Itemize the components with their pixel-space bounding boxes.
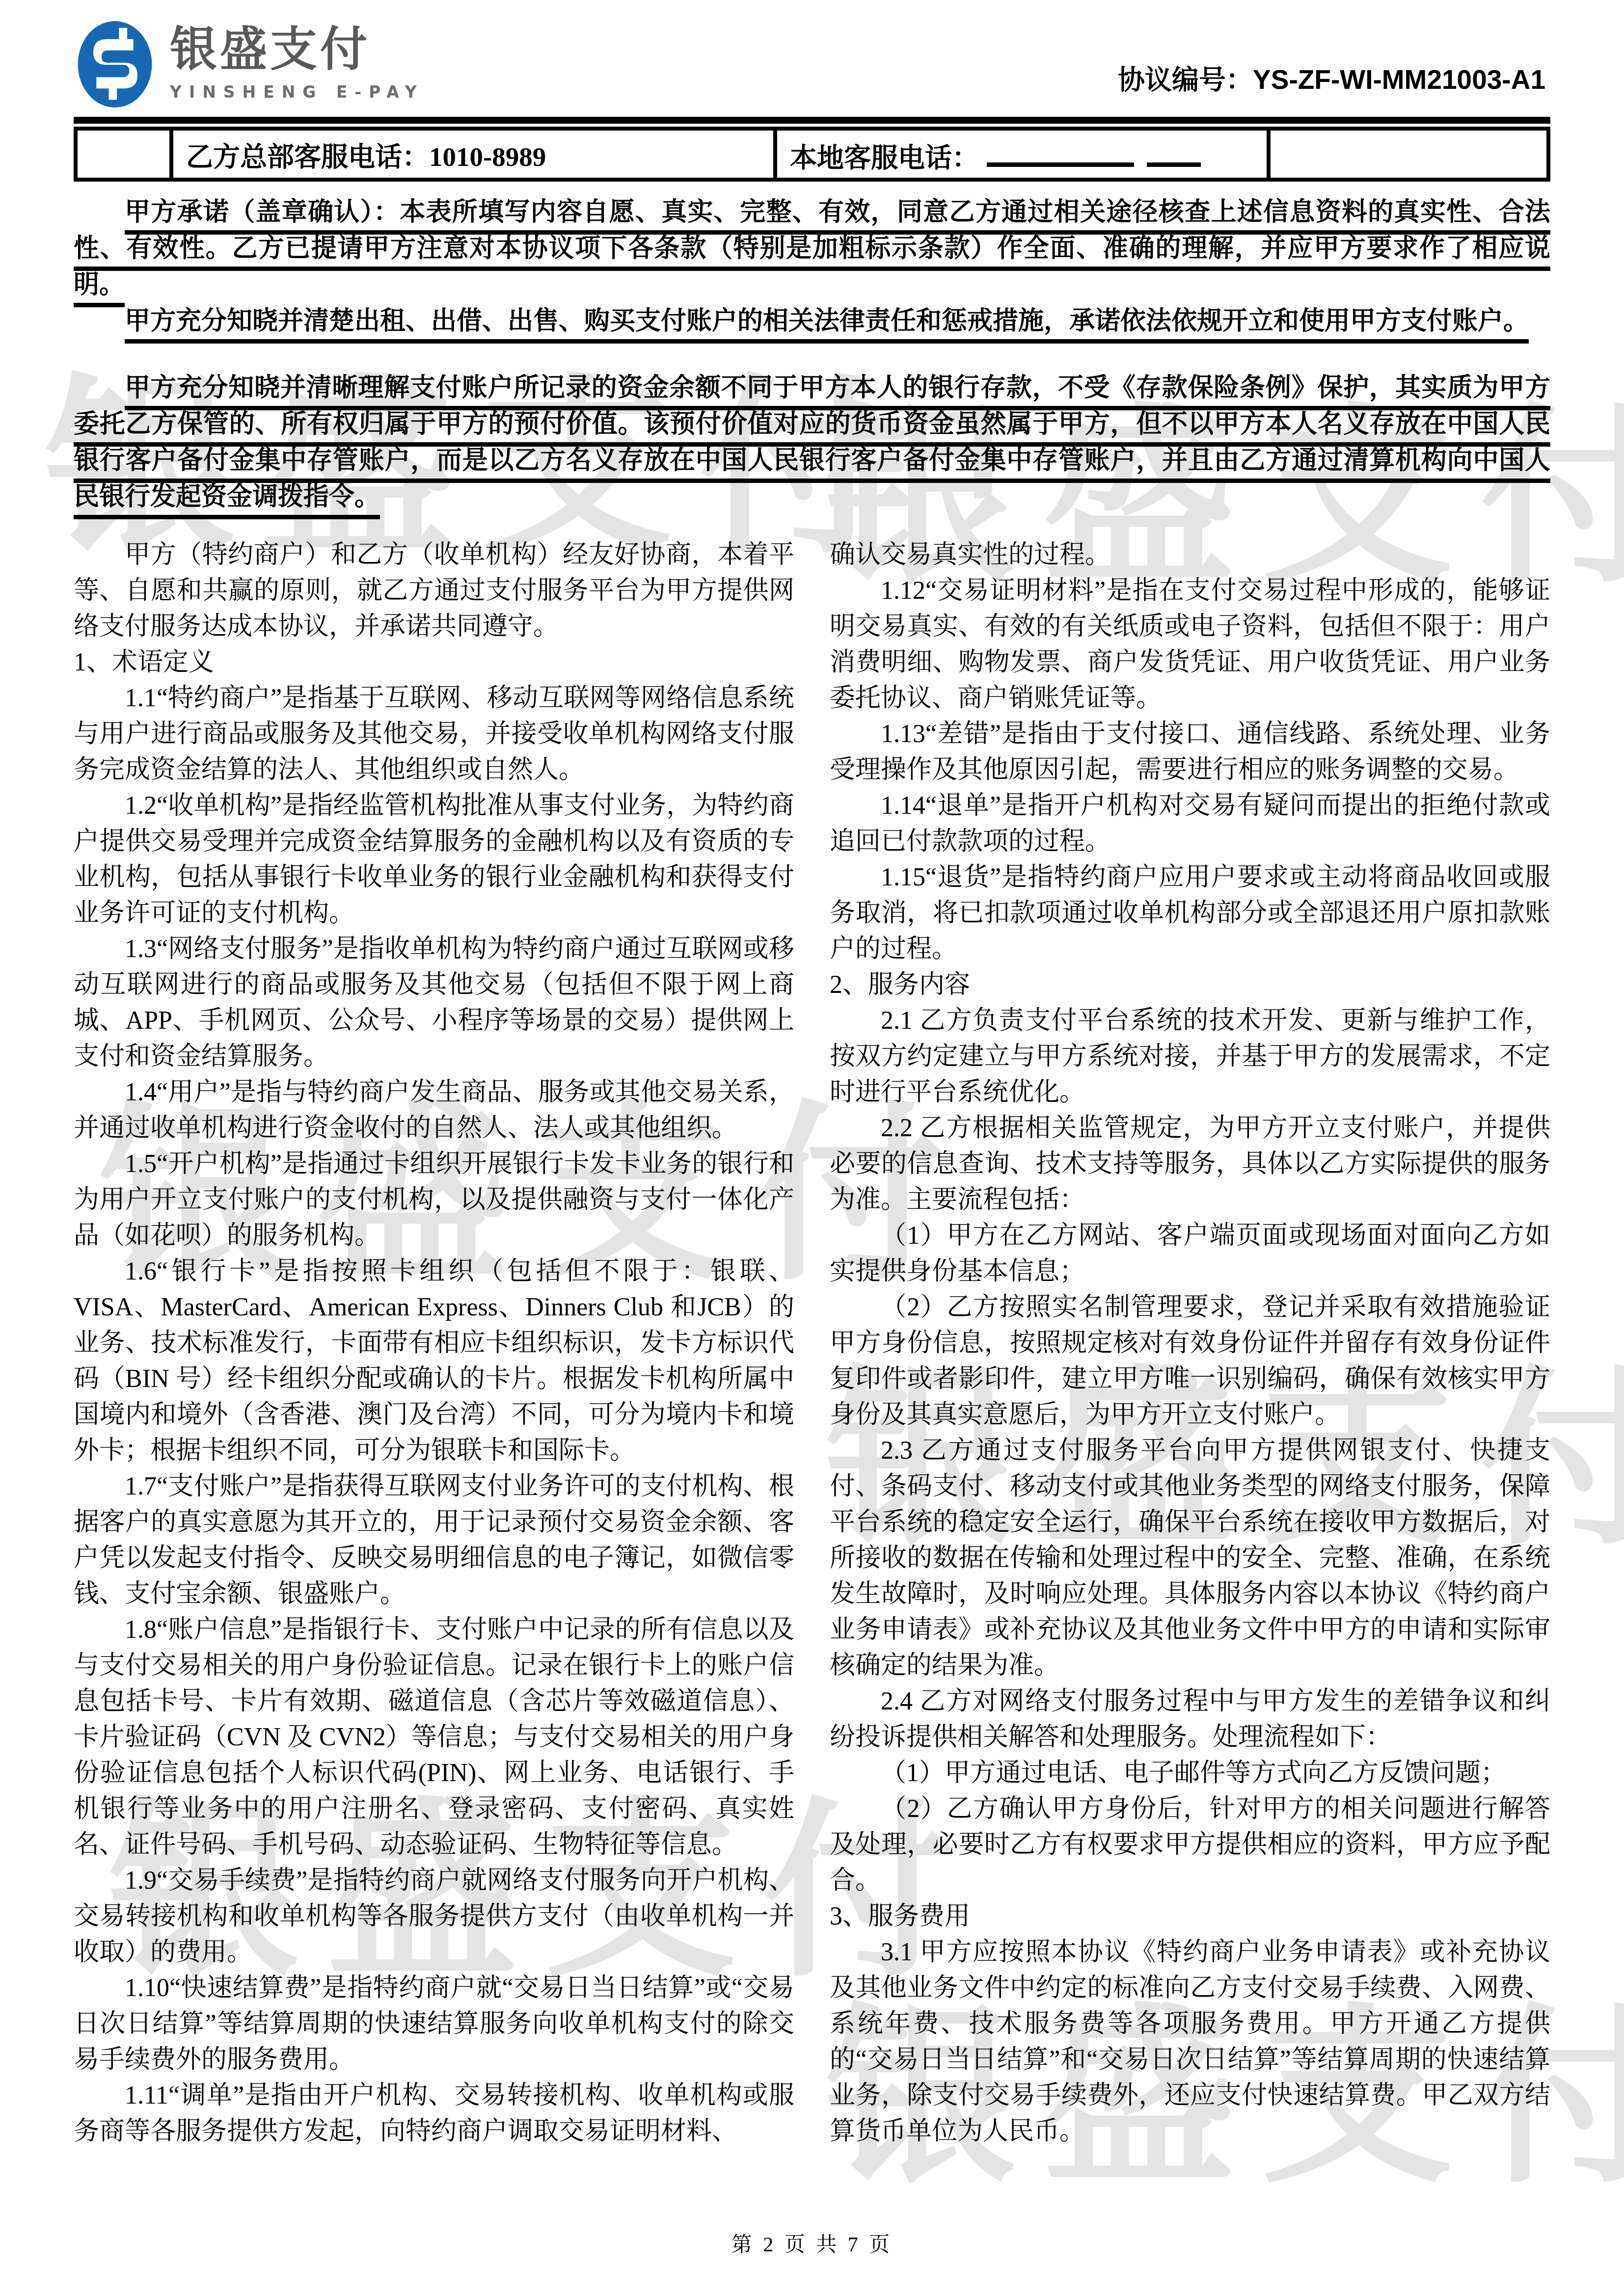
contact-cell-local: 本地客服电话： [775, 129, 1269, 180]
body-paragraph: 甲方（特约商户）和乙方（收单机构）经友好协商，本着平等、自愿和共赢的原则，就乙方… [74, 537, 794, 644]
page-footer: 第 2 页 共 7 页 [0, 2228, 1624, 2258]
body-paragraph: 1.13“差错”是指由于支付接口、通信线路、系统处理、业务受理操作及其他原因引起… [830, 716, 1550, 788]
body-paragraph: 1.3“网络支付服务”是指收单机构为特约商户通过互联网或移动互联网进行的商品或服… [74, 931, 794, 1074]
section-heading: 1、术语定义 [74, 644, 794, 680]
body-paragraph: 确认交易真实性的过程。 [830, 537, 1550, 573]
contact-table-row: 乙方总部客服电话：1010-8989 本地客服电话： [76, 129, 1548, 180]
body-columns: 甲方（特约商户）和乙方（收单机构）经友好协商，本着平等、自愿和共赢的原则，就乙方… [74, 537, 1550, 2149]
notices: 甲方承诺（盖章确认）：本表所填写内容自愿、真实、完整、有效，同意乙方通过相关途径… [74, 194, 1550, 515]
header-rule [74, 117, 1550, 124]
body-paragraph: 1.6“银行卡”是指按照卡组织（包括但不限于：银联、VISA、MasterCar… [74, 1254, 794, 1468]
body-paragraph: （2）乙方确认甲方身份后，针对甲方的相关问题进行解答及处理，必要时乙方有权要求甲… [830, 1791, 1550, 1898]
body-paragraph: 3.1 甲方应按照本协议《特约商户业务申请表》或补充协议及其他业务文件中约定的标… [830, 1934, 1550, 2149]
body-paragraph: 1.7“支付账户”是指获得互联网支付业务许可的支付机构、根据客户的真实意愿为其开… [74, 1468, 794, 1612]
page-content: 银盛支付 YINSHENG E-PAY 协议编号：YS-ZF-WI-MM2100… [0, 0, 1624, 2149]
hq-phone-label: 乙方总部客服电话： [186, 142, 429, 172]
notice-paragraph: 甲方承诺（盖章确认）：本表所填写内容自愿、真实、完整、有效，同意乙方通过相关途径… [74, 194, 1550, 303]
page-number: 第 2 页 共 7 页 [731, 2234, 893, 2256]
column-right: 确认交易真实性的过程。1.12“交易证明材料”是指在支付交易过程中形成的，能够证… [830, 537, 1550, 2149]
contact-table: 乙方总部客服电话：1010-8989 本地客服电话： [74, 127, 1550, 182]
contact-cell-hq: 乙方总部客服电话：1010-8989 [171, 129, 775, 180]
body-paragraph: 1.14“退单”是指开户机构对交易有疑问而提出的拒绝付款或追回已付款款项的过程。 [830, 788, 1550, 859]
body-paragraph: 1.8“账户信息”是指银行卡、支付账户中记录的所有信息以及与支付交易相关的用户身… [74, 1612, 794, 1863]
notice-paragraph: 甲方充分知晓并清楚出租、出借、出售、购买支付账户的相关法律责任和惩戒措施，承诺依… [74, 303, 1550, 340]
logo-text: 银盛支付 YINSHENG E-PAY [170, 21, 424, 102]
body-paragraph: 1.2“收单机构”是指经监管机构批准从事支付业务，为特约商户提供交易受理并完成资… [74, 788, 794, 931]
body-paragraph: 1.9“交易手续费”是指特约商户就网络支付服务向开户机构、交易转接机构和收单机构… [74, 1863, 794, 1970]
body-paragraph: （1）甲方在乙方网站、客户端页面或现场面对面向乙方如实提供身份基本信息； [830, 1218, 1550, 1289]
body-paragraph: 2.2 乙方根据相关监管规定，为甲方开立支付账户，并提供必要的信息查询、技术支持… [830, 1110, 1550, 1218]
brand-name-cn: 银盛支付 [170, 24, 424, 76]
local-phone-label: 本地客服电话： [790, 143, 979, 173]
agreement-number: 协议编号：YS-ZF-WI-MM21003-A1 [1118, 58, 1545, 97]
local-phone-blank-field[interactable] [987, 134, 1134, 167]
document-page: 银盛支付银盛支付银盛支付银盛支付银盛支付银盛支付 银盛支付 YINSHENG E… [0, 0, 1624, 2296]
notice-paragraph: 甲方充分知晓并清晰理解支付账户所记录的资金余额不同于甲方本人的银行存款，不受《存… [74, 370, 1550, 515]
page-header: 银盛支付 YINSHENG E-PAY 协议编号：YS-ZF-WI-MM2100… [74, 0, 1550, 117]
yinsheng-logo-icon [74, 21, 156, 108]
body-paragraph: 1.11“调单”是指由开户机构、交易转接机构、收单机构或服务商等各服务提供方发起… [74, 2078, 794, 2149]
body-paragraph: （1）甲方通过电话、电子邮件等方式向乙方反馈问题； [830, 1755, 1550, 1791]
body-paragraph: 1.1“特约商户”是指基于互联网、移动互联网等网络信息系统与用户进行商品或服务及… [74, 680, 794, 788]
body-paragraph: 1.10“快速结算费”是指特约商户就“交易日当日结算”或“交易日次日结算”等结算… [74, 1970, 794, 2078]
body-paragraph: 2.4 乙方对网络支付服务过程中与甲方发生的差错争议和纠纷投诉提供相关解答和处理… [830, 1683, 1550, 1755]
column-left: 甲方（特约商户）和乙方（收单机构）经友好协商，本着平等、自愿和共赢的原则，就乙方… [74, 537, 794, 2149]
brand-name-en: YINSHENG E-PAY [170, 82, 424, 102]
company-logo: 银盛支付 YINSHENG E-PAY [74, 21, 424, 108]
local-phone-blank-field[interactable] [1147, 134, 1201, 167]
body-paragraph: 1.5“开户机构”是指通过卡组织开展银行卡发卡业务的银行和为用户开立支付账户的支… [74, 1146, 794, 1254]
body-paragraph: 2.3 乙方通过支付服务平台向甲方提供网银支付、快捷支付、条码支付、移动支付或其… [830, 1433, 1550, 1683]
contact-cell-empty-left [76, 129, 171, 180]
agreement-number-value: YS-ZF-WI-MM21003-A1 [1253, 64, 1545, 95]
section-heading: 3、服务费用 [830, 1898, 1550, 1934]
agreement-number-label: 协议编号： [1118, 65, 1253, 95]
section-heading: 2、服务内容 [830, 967, 1550, 1003]
body-paragraph: 1.15“退货”是指特约商户应用户要求或主动将商品收回或服务取消，将已扣款项通过… [830, 859, 1550, 967]
hq-phone-value: 1010-8989 [429, 142, 546, 172]
body-paragraph: 2.1 乙方负责支付平台系统的技术开发、更新与维护工作，按双方约定建立与甲方系统… [830, 1003, 1550, 1110]
body-paragraph: 1.4“用户”是指与特约商户发生商品、服务或其他交易关系，并通过收单机构进行资金… [74, 1074, 794, 1146]
contact-cell-empty-right [1269, 129, 1548, 180]
body-paragraph: 1.12“交易证明材料”是指在支付交易过程中形成的，能够证明交易真实、有效的有关… [830, 573, 1550, 716]
body-paragraph: （2）乙方按照实名制管理要求，登记并采取有效措施验证甲方身份信息，按照规定核对有… [830, 1289, 1550, 1433]
